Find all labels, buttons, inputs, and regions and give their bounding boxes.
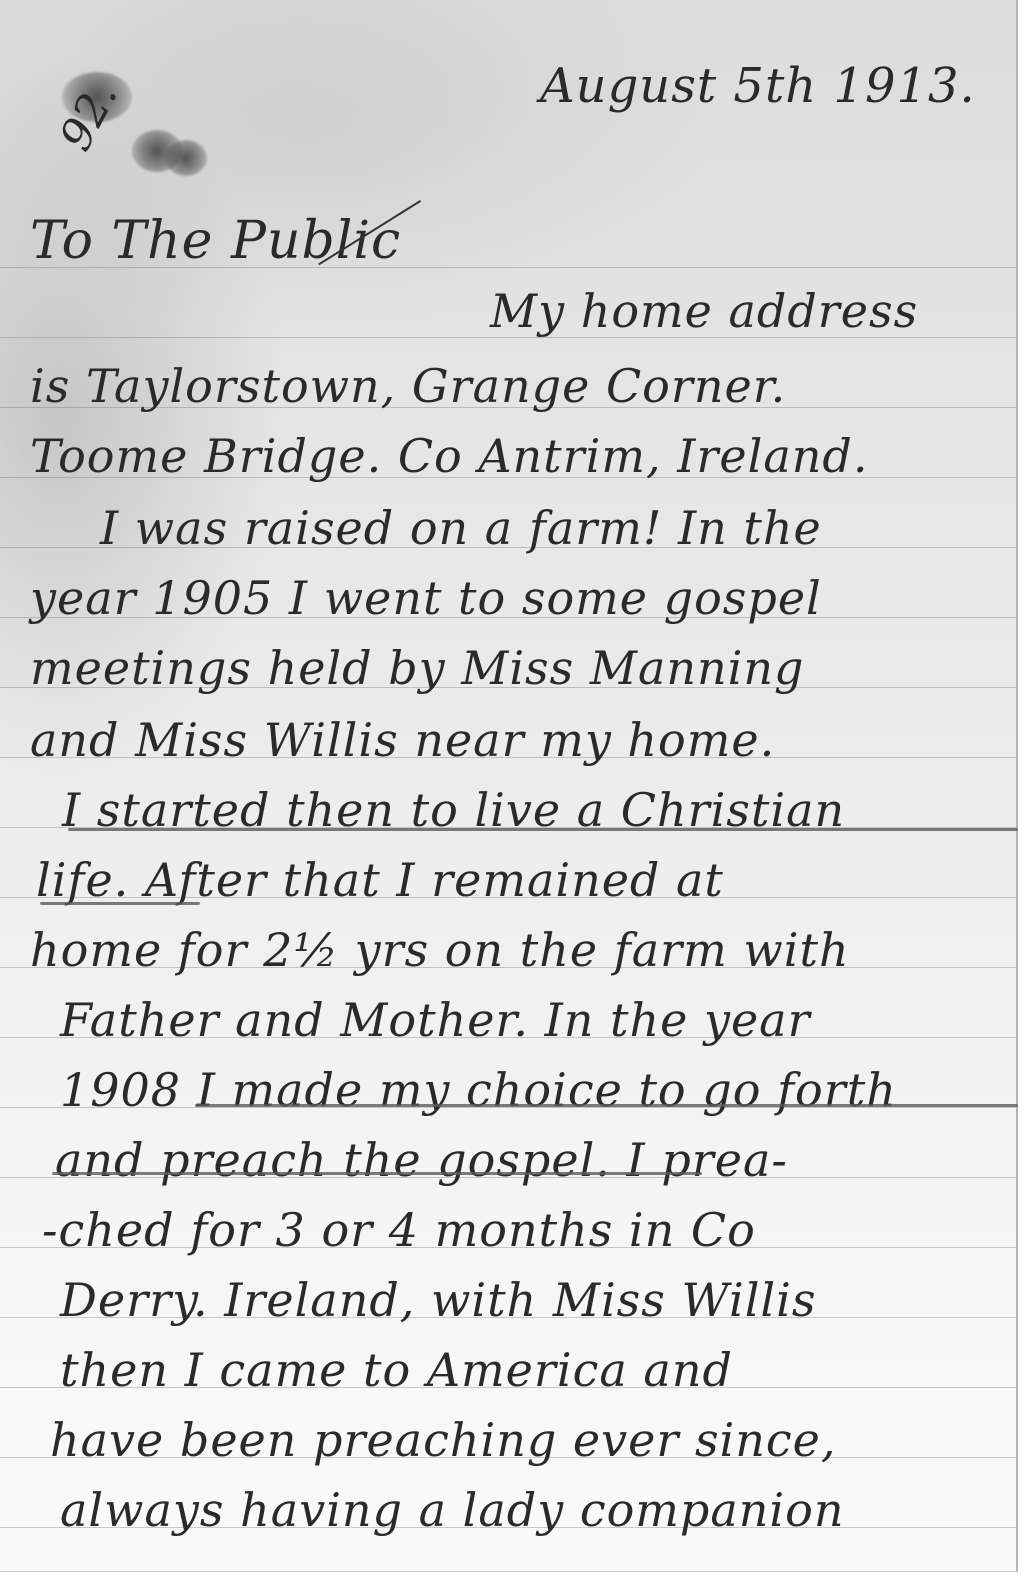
- body-line: is Taylorstown, Grange Corner.: [30, 363, 786, 409]
- body-line: always having a lady companion: [60, 1487, 844, 1533]
- letter-date: August 5th 1913.: [540, 62, 976, 110]
- body-line: home for 2½ yrs on the farm with: [30, 927, 850, 973]
- body-line: Toome Bridge. Co Antrim, Ireland.: [30, 433, 868, 479]
- body-line: I was raised on a farm! In the: [100, 505, 822, 551]
- body-line: Father and Mother. In the year: [60, 997, 811, 1043]
- underline: [68, 828, 1018, 831]
- body-line: My home address: [490, 288, 918, 334]
- body-line: -ched for 3 or 4 months in Co: [42, 1207, 756, 1253]
- body-line: and preach the gospel. I prea-: [55, 1137, 788, 1183]
- body-line: have been preaching ever since,: [50, 1417, 837, 1463]
- salutation: To The Public: [30, 215, 401, 267]
- body-line: life. After that I remained at: [36, 857, 724, 903]
- body-line: and Miss Willis near my home.: [30, 717, 775, 763]
- letter-page: 92. August 5th 1913. To The Public My ho…: [0, 0, 1018, 1572]
- underline: [52, 1172, 702, 1175]
- body-line: meetings held by Miss Manning: [30, 645, 804, 691]
- underline: [40, 902, 200, 905]
- ink-blot: [165, 140, 207, 176]
- body-line: then I came to America and: [60, 1347, 733, 1393]
- body-line: Derry. Ireland, with Miss Willis: [60, 1277, 816, 1323]
- underline: [195, 1104, 1018, 1107]
- body-line: I started then to live a Christian: [62, 787, 845, 833]
- body-line: year 1905 I went to some gospel: [30, 575, 822, 621]
